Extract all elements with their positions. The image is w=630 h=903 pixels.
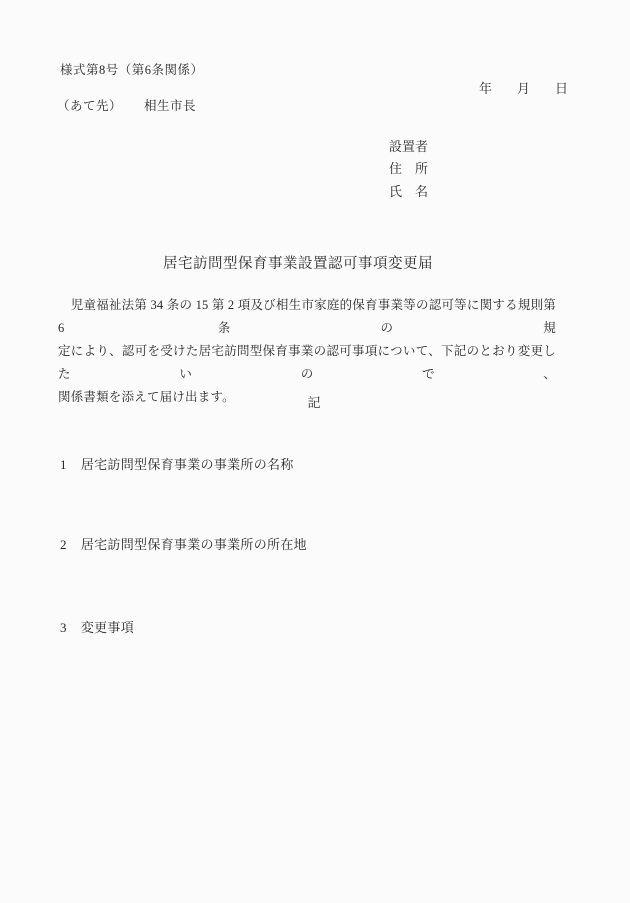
item-label: 居宅訪問型保育事業の事業所の所在地 (81, 537, 307, 552)
form-item: 2居宅訪問型保育事業の事業所の所在地 (60, 534, 307, 553)
item-number: 3 (60, 620, 67, 635)
addressee-recipient: 相生市長 (144, 99, 196, 113)
item-number: 2 (60, 537, 67, 552)
applicant-block: 設置者 住 所 氏 名 (389, 136, 428, 203)
record-heading: 記 (60, 392, 568, 411)
date-month-label: 月 (517, 81, 530, 96)
item-label: 変更事項 (81, 620, 134, 635)
form-number: 様式第8号（第6条関係） (60, 60, 204, 78)
form-item: 1居宅訪問型保育事業の事業所の名称 (60, 454, 294, 473)
item-label: 居宅訪問型保育事業の事業所の名称 (81, 457, 294, 472)
document-title: 居宅訪問型保育事業設置認可事項変更届 (60, 252, 568, 273)
applicant-address-label: 住 所 (389, 158, 428, 180)
document-page: 様式第8号（第6条関係） 年月日 （あて先）相生市長 設置者 住 所 氏 名 居… (0, 0, 630, 903)
date-line: 年月日 (479, 78, 568, 97)
addressee-line: （あて先）相生市長 (57, 96, 196, 114)
body-line: 児童福祉法第 34 条の 15 第 2 項及び相生市家庭的保育事業等の認可等に関… (58, 294, 556, 340)
addressee-prefix: （あて先） (57, 99, 122, 113)
body-line: 定により、認可を受けた居宅訪問型保育事業の認可事項について、下記のとおり変更した… (58, 340, 556, 386)
date-year-label: 年 (479, 81, 492, 96)
applicant-role-label: 設置者 (389, 136, 428, 158)
item-number: 1 (60, 457, 67, 472)
date-day-label: 日 (555, 81, 568, 96)
form-item: 3変更事項 (60, 617, 134, 636)
applicant-name-label: 氏 名 (389, 181, 428, 203)
